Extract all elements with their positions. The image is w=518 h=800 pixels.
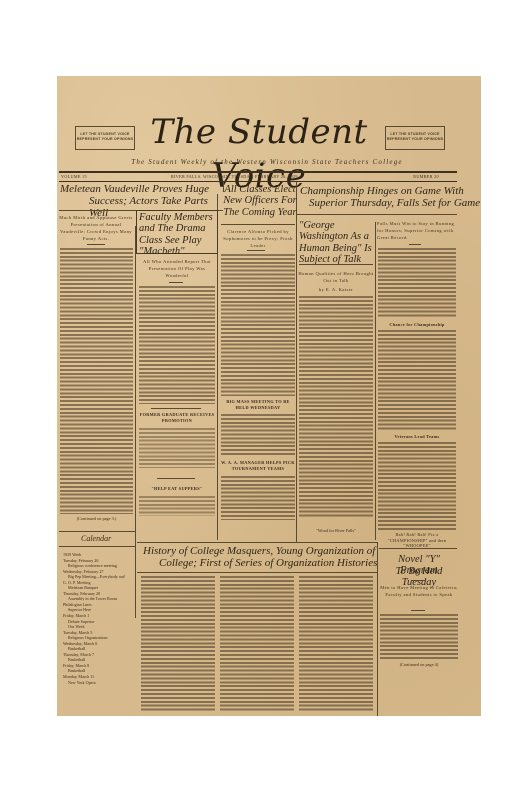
y-program-deck: Men to Have Meeting in Cafeteria; Facult… (379, 584, 459, 598)
classes-headline: All Classes Elect New Officers For The C… (223, 184, 297, 218)
classes-body (221, 254, 295, 396)
divider (221, 224, 295, 225)
masquers-headline-2: College; First of Series of Organization… (159, 558, 379, 570)
divider (379, 548, 457, 549)
divider (411, 580, 425, 581)
waa-body (221, 476, 295, 520)
drama-subhead-2: "Help Eat Suppers" (139, 486, 215, 492)
divider (137, 542, 377, 543)
newspaper-page: Let the Student Voice Represent Your Opi… (57, 76, 481, 716)
championship-body-3 (378, 442, 456, 530)
date-label: River Falls, Wisconsin, Tuesday, Februar… (171, 174, 298, 179)
drama-deck: All Who Attended Report That Presentatio… (139, 258, 215, 279)
divider (59, 546, 135, 547)
dateline-bar: Volume 15 River Falls, Wisconsin, Tuesda… (61, 173, 457, 181)
y-program-body (380, 614, 458, 660)
vaudeville-continued: (Continued on page 3.) (60, 516, 133, 521)
graduate-body (139, 428, 215, 468)
drama-headline: Faculty Members and The Drama Class See … (139, 212, 219, 257)
masthead-rule-bottom (59, 181, 457, 182)
calendar-title: Calendar (81, 534, 111, 543)
divider (411, 610, 425, 611)
classes-subhead-2: W. A. A. Manager Helps Pick Tournament T… (220, 460, 296, 471)
washington-headline: "George Washington As a Human Being" Is … (299, 220, 375, 265)
washington-footer: "Wood for River Falls" (299, 528, 373, 533)
divider (157, 478, 195, 479)
divider (59, 531, 135, 532)
suppers-body (139, 496, 215, 516)
ear-box-right: Let the Student Voice Represent Your Opi… (385, 126, 445, 150)
classes-subhead-1: Big Mass Meeting To Be Held Wednesday (220, 399, 296, 410)
issue-number: Number 20 (413, 174, 439, 179)
masquers-body-1 (141, 576, 215, 712)
column-rule (375, 222, 376, 540)
calendar-entry: New York Opera (63, 680, 135, 686)
championship-deck: Falls Must Win to Stay in Running for Ho… (377, 220, 457, 241)
calendar-list: 1929 WeekTuesday, February 26Religious c… (63, 552, 135, 685)
divider (297, 214, 457, 215)
divider (247, 250, 265, 251)
mass-meeting-body (221, 414, 295, 456)
divider (151, 408, 201, 409)
y-program-continued: (Continued on page 4) (380, 662, 458, 667)
divider (137, 572, 377, 573)
divider (87, 244, 105, 245)
divider (409, 244, 421, 245)
calendar-entry: Big Pep Meeting—Everybody out! (63, 574, 135, 580)
classes-deck: Clarence Alfonso Picked by Sophomores to… (220, 228, 296, 249)
divider (299, 264, 373, 265)
washington-body (299, 296, 373, 518)
ear-box-left: Let the Student Voice Represent Your Opi… (75, 126, 135, 150)
vaudeville-body (60, 248, 133, 514)
volume-label: Volume 15 (61, 174, 87, 179)
washington-deck: Human Qualities of Hero Brought Out in T… (298, 270, 374, 284)
divider (169, 282, 183, 283)
drama-subhead-1: Former Graduate Receives Promotion (139, 412, 215, 423)
championship-headline-2: Superior Thursday, Falls Set for Game (309, 198, 481, 210)
championship-subhead-2: Veterans Lead Teams (377, 434, 457, 440)
drama-body (139, 286, 215, 404)
championship-body-2 (378, 330, 456, 430)
masquers-body-3 (299, 576, 373, 712)
column-rule (296, 182, 297, 542)
newspaper-subtitle: The Student Weekly of the Western Wiscon… (97, 158, 437, 166)
vaudeville-deck: Much Mirth and Applause Greets Presentat… (59, 214, 133, 242)
championship-body-1 (378, 248, 456, 318)
masquers-body-2 (220, 576, 294, 712)
column-rule (135, 226, 136, 618)
washington-byline: by E. A. Kaiser (298, 286, 374, 293)
championship-closing: Rah! Rah! Rah! Fix a "CHAMPIONSHIP" and … (377, 532, 457, 549)
championship-subhead-1: Chance for Championship (377, 322, 457, 328)
